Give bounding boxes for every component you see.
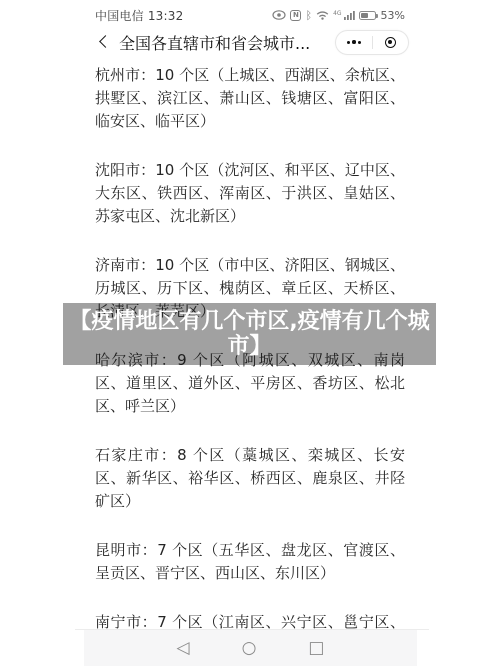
eye-protection-icon (272, 10, 286, 20)
city-entry-hangzhou: 杭州市：10 个区（上城区、西湖区、余杭区、拱墅区、滨江区、萧山区、钱塘区、富阳… (95, 64, 405, 133)
nav-recents-icon[interactable]: □ (308, 640, 324, 657)
nfc-icon: N (290, 10, 301, 21)
status-icons: N ᛒ 4G 53% (272, 9, 405, 22)
nav-back-icon[interactable]: ◁ (177, 640, 190, 657)
status-bar: 中国电信 13:32 N ᛒ 4G (83, 0, 417, 26)
status-time: 13:32 (148, 9, 184, 23)
wifi-icon (316, 10, 329, 20)
android-nav-bar: ◁ ○ □ (84, 630, 417, 666)
carrier-label: 中国电信 (95, 9, 144, 23)
carrier-and-time: 中国电信 13:32 (95, 7, 183, 24)
city-entry-shijiazhuang: 石家庄市：8 个区（藁城区、栾城区、长安区、新华区、裕华区、桥西区、鹿泉区、井陉… (95, 444, 405, 513)
battery-icon (359, 11, 376, 20)
page-title: 全国各直辖市和省会城市... (119, 31, 335, 54)
city-entry-kunming: 昆明市：7 个区（五华区、盘龙区、官渡区、呈贡区、晋宁区、西山区、东川区） (95, 539, 405, 585)
title-bar: 全国各直辖市和省会城市... (83, 26, 417, 58)
three-dots-icon (347, 40, 362, 44)
battery-percent: 53% (381, 9, 405, 22)
screen: 中国电信 13:32 N ᛒ 4G (0, 0, 500, 666)
watermark-text: 【疫情地区有几个市区,疫情有几个城市】 (63, 309, 436, 359)
back-button[interactable] (95, 33, 113, 51)
nav-home-icon[interactable]: ○ (242, 640, 257, 657)
minimize-button[interactable] (373, 31, 409, 54)
signal-bars-icon (344, 10, 355, 20)
watermark-overlay: 【疫情地区有几个市区,疫情有几个城市】 (63, 303, 436, 365)
network-type-label: 4G (333, 10, 341, 17)
bluetooth-icon: ᛒ (305, 10, 312, 21)
city-entry-shenyang: 沈阳市：10 个区（沈河区、和平区、辽中区、大东区、铁西区、浑南区、于洪区、皇姑… (95, 159, 405, 228)
circle-target-icon (385, 37, 396, 48)
more-button[interactable] (336, 31, 372, 54)
miniprogram-capsule (335, 30, 409, 55)
